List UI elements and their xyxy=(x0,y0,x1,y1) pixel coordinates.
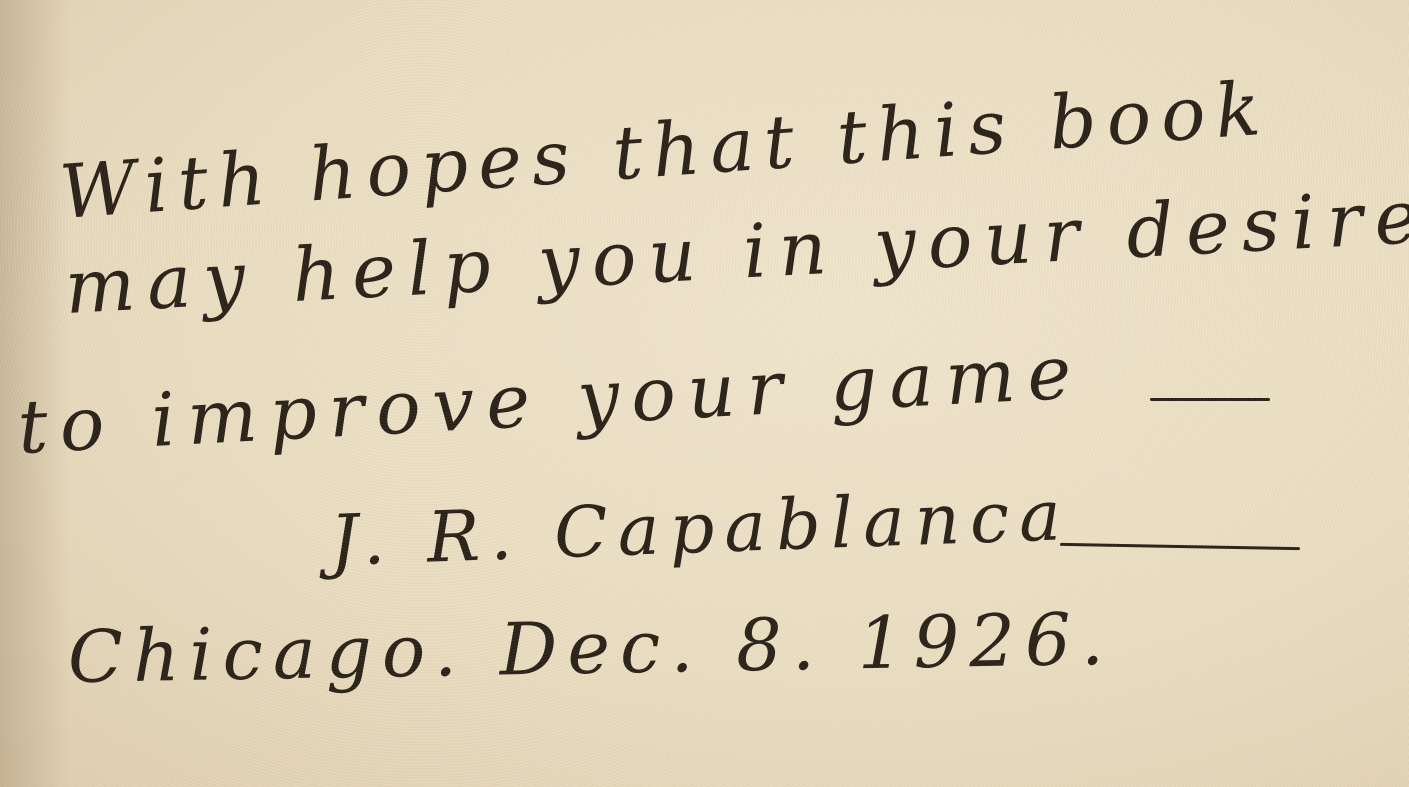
inscription-line-3: to improve your game xyxy=(16,329,1085,471)
line-end-flourish xyxy=(1150,398,1270,401)
signature-flourish xyxy=(1060,543,1300,550)
signature: J. R. Capablanca xyxy=(329,474,1073,582)
inscription-page: With hopes that this book may help you i… xyxy=(0,0,1409,787)
place-and-date: Chicago. Dec. 8. 1926. xyxy=(67,597,1114,699)
